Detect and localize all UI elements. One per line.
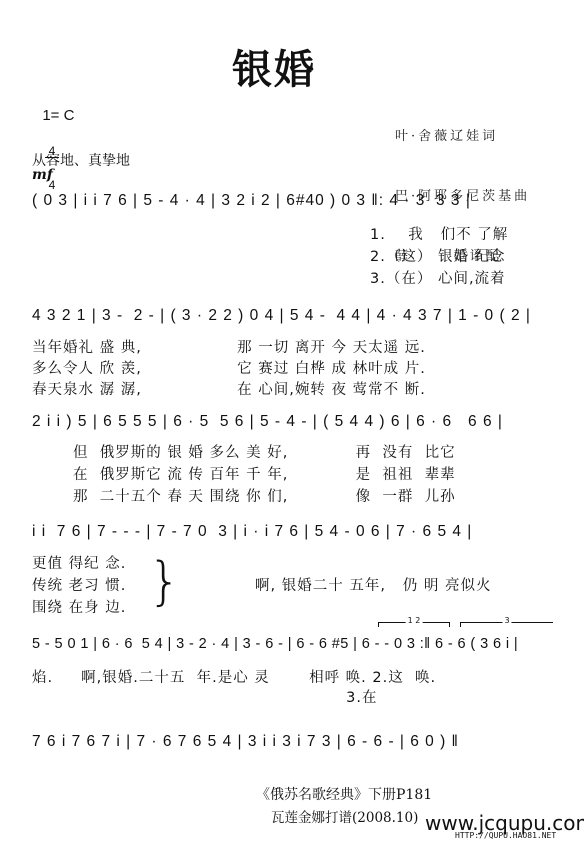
lyric-line-4-verse-1: 更值 得纪 念. xyxy=(32,552,126,573)
lyric-line-1-verse-1: 1. 我 们不 了解 xyxy=(370,223,508,244)
lyricist-credit: 叶·舍薇辽娃词 xyxy=(395,127,530,147)
lyric-line-3-verse-3: 那 二十五个 春 天 围绕 你 们, 像 一群 儿孙 xyxy=(73,485,456,506)
lyric-line-4-verse-3: 围绕 在身 边. xyxy=(32,596,126,617)
notation-line-2: 4 3 2 1 | 3 - 2 - | ( 3 · 2 2 ) 0 4 | 5 … xyxy=(32,307,531,325)
watermark-sub-url: HTTP://QUPU.HAO81.NET xyxy=(455,831,556,840)
notation-line-6: 7 6 i 7 6 7 i | 7 · 6 7 6 5 4 | 3 i i 3 … xyxy=(32,733,459,751)
volta-bracket-3: 3 xyxy=(460,622,553,627)
song-title: 银婚 xyxy=(232,38,316,95)
notation-line-5: 5 - 5 0 1 | 6 · 6 5 4 | 3 - 2 · 4 | 3 - … xyxy=(32,636,518,652)
lyric-line-3-verse-1: 但 俄罗斯的 银 婚 多么 美 好, 再 没有 比它 xyxy=(73,441,456,462)
source-citation: 《俄苏名歌经典》下册P181 xyxy=(256,784,432,804)
key-label: 1= C xyxy=(42,107,74,124)
lyric-line-4-verse-2: 传统 老习 惯. xyxy=(32,574,126,595)
lyric-line-3-verse-2: 在 俄罗斯它 流 传 百年 千 年, 是 祖祖 辈辈 xyxy=(73,463,456,484)
volta-bracket-1-2: 1 2 xyxy=(378,622,450,627)
notation-line-1: ( 0 3 | i i 7 6 | 5 - 4 · 4 | 3 2 i 2 | … xyxy=(32,192,471,210)
lyric-line-5-verse-3: 3.在 xyxy=(32,686,377,707)
notation-line-3: 2 i i ) 5 | 6 5 5 5 | 6 · 5 5 6 | 5 - 4 … xyxy=(32,413,503,431)
lyric-line-2-verse-3: 春天泉水 潺 潺, 在 心间,婉转 夜 莺常不 断. xyxy=(32,378,426,399)
lyric-line-4-chorus: 啊, 银婚二十 五年, 仍 明 亮似火 xyxy=(255,574,491,595)
lyric-line-1-verse-3: 3.（在） 心间,流着 xyxy=(370,267,506,288)
lyric-line-2-verse-2: 多么令人 欣 羡, 它 赛过 白桦 成 林叶成 片. xyxy=(32,357,426,378)
lyric-line-5-verse-1: 焰. 啊,银婚.二十五 年.是心 灵 相呼 唤. 2.这 唤. xyxy=(32,666,436,687)
lyric-line-1-verse-2: 2.（这） 银婚 纪念 xyxy=(370,245,506,266)
notation-line-4: i i 7 6 | 7 - - - | 7 - 7 0 3 | i · i 7 … xyxy=(32,523,472,541)
verse-brace: } xyxy=(148,556,181,608)
dynamic-marking: mf xyxy=(32,167,53,183)
lyric-line-2-verse-1: 当年婚礼 盛 典, 那 一切 离开 今 天太遥 远. xyxy=(32,336,426,357)
typist-credit: 瓦莲金娜打谱(2008.10) xyxy=(271,806,418,826)
